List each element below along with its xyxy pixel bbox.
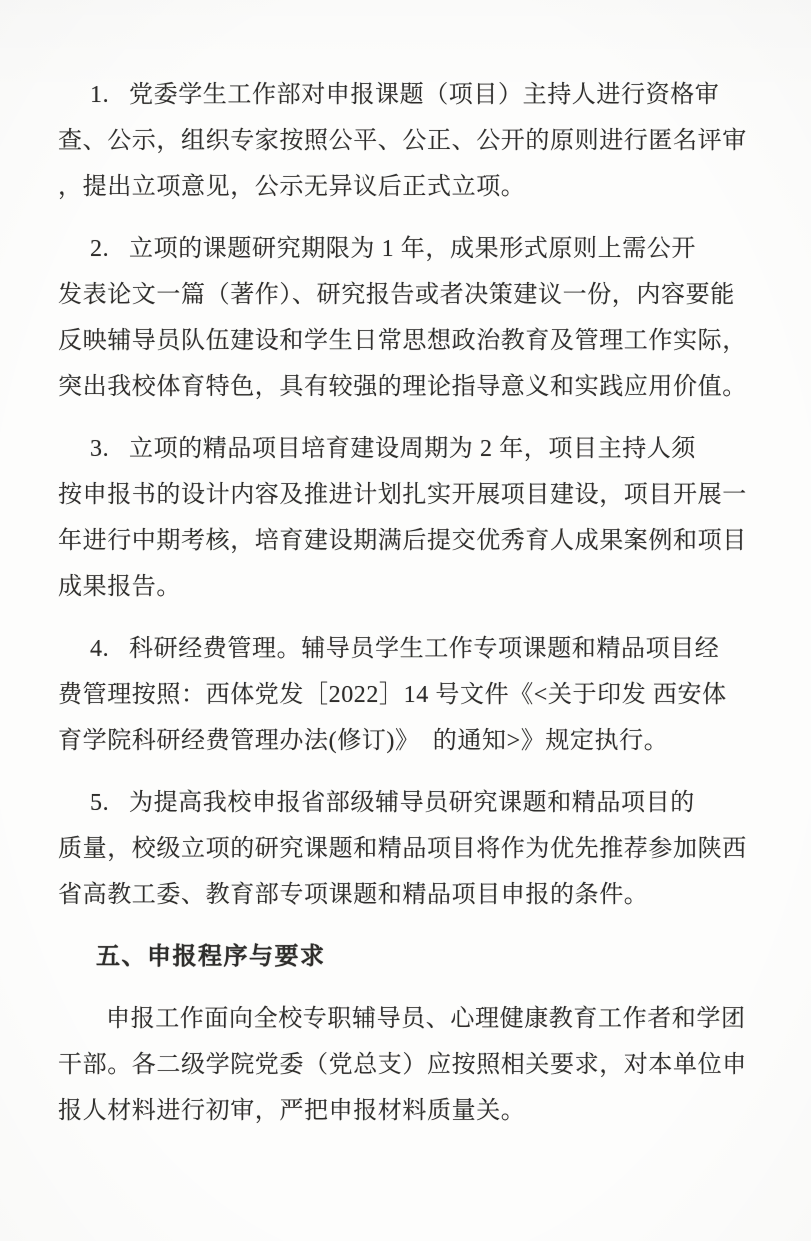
scanned-document-page: 1. 党委学生工作部对申报课题（项目）主持人进行资格审查、公示，组织专家按照公平… xyxy=(0,0,811,1241)
text-line: 报人材料进行初审，严把申报材料质量关。 xyxy=(58,1088,748,1134)
text-line: 质量，校级立项的研究课题和精品项目将作为优先推荐参加陕西 xyxy=(58,826,748,872)
text-line: 4. 科研经费管理。辅导员学生工作专项课题和精品项目经 xyxy=(58,626,748,672)
text-line: 查、公示，组织专家按照公平、公正、公开的原则进行匿名评审 xyxy=(58,118,748,164)
text-line: 年进行中期考核，培育建设期满后提交优秀育人成果案例和项目 xyxy=(58,518,748,564)
text-line: 按申报书的设计内容及推进计划扎实开展项目建设，项目开展一 xyxy=(58,472,748,518)
text-line: 费管理按照：西体党发［2022］14 号文件《<关于印发 西安体 xyxy=(58,672,748,718)
paragraph: 5. 为提高我校申报省部级辅导员研究课题和精品项目的质量，校级立项的研究课题和精… xyxy=(58,780,748,918)
paragraph: 4. 科研经费管理。辅导员学生工作专项课题和精品项目经费管理按照：西体党发［20… xyxy=(58,626,748,764)
text-line: 反映辅导员队伍建设和学生日常思想政治教育及管理工作实际， xyxy=(58,318,748,364)
text-line: 3. 立项的精品项目培育建设周期为 2 年，项目主持人须 xyxy=(58,426,748,472)
heading-text-line: 五、申报程序与要求 xyxy=(58,934,748,980)
section-heading: 五、申报程序与要求 xyxy=(58,934,748,980)
text-line: ，提出立项意见，公示无异议后正式立项。 xyxy=(58,164,748,210)
text-line: 1. 党委学生工作部对申报课题（项目）主持人进行资格审 xyxy=(58,72,748,118)
text-line: 2. 立项的课题研究期限为 1 年，成果形式原则上需公开 xyxy=(58,226,748,272)
text-line: 育学院科研经费管理办法(修订)》 的通知>》规定执行。 xyxy=(58,718,748,764)
text-line: 5. 为提高我校申报省部级辅导员研究课题和精品项目的 xyxy=(58,780,748,826)
paragraph: 1. 党委学生工作部对申报课题（项目）主持人进行资格审查、公示，组织专家按照公平… xyxy=(58,72,748,210)
text-line: 干部。各二级学院党委（党总支）应按照相关要求，对本单位申 xyxy=(58,1042,748,1088)
paragraph: 2. 立项的课题研究期限为 1 年，成果形式原则上需公开发表论文一篇（著作）、研… xyxy=(58,226,748,410)
text-line: 申报工作面向全校专职辅导员、心理健康教育工作者和学团 xyxy=(58,996,748,1042)
paragraph: 申报工作面向全校专职辅导员、心理健康教育工作者和学团干部。各二级学院党委（党总支… xyxy=(58,996,748,1134)
paragraph: 3. 立项的精品项目培育建设周期为 2 年，项目主持人须按申报书的设计内容及推进… xyxy=(58,426,748,610)
document-body: 1. 党委学生工作部对申报课题（项目）主持人进行资格审查、公示，组织专家按照公平… xyxy=(58,72,748,1150)
text-line: 突出我校体育特色，具有较强的理论指导意义和实践应用价值。 xyxy=(58,364,748,410)
text-line: 发表论文一篇（著作）、研究报告或者决策建议一份，内容要能 xyxy=(58,272,748,318)
text-line: 省高教工委、教育部专项课题和精品项目申报的条件。 xyxy=(58,872,748,918)
text-line: 成果报告。 xyxy=(58,564,748,610)
